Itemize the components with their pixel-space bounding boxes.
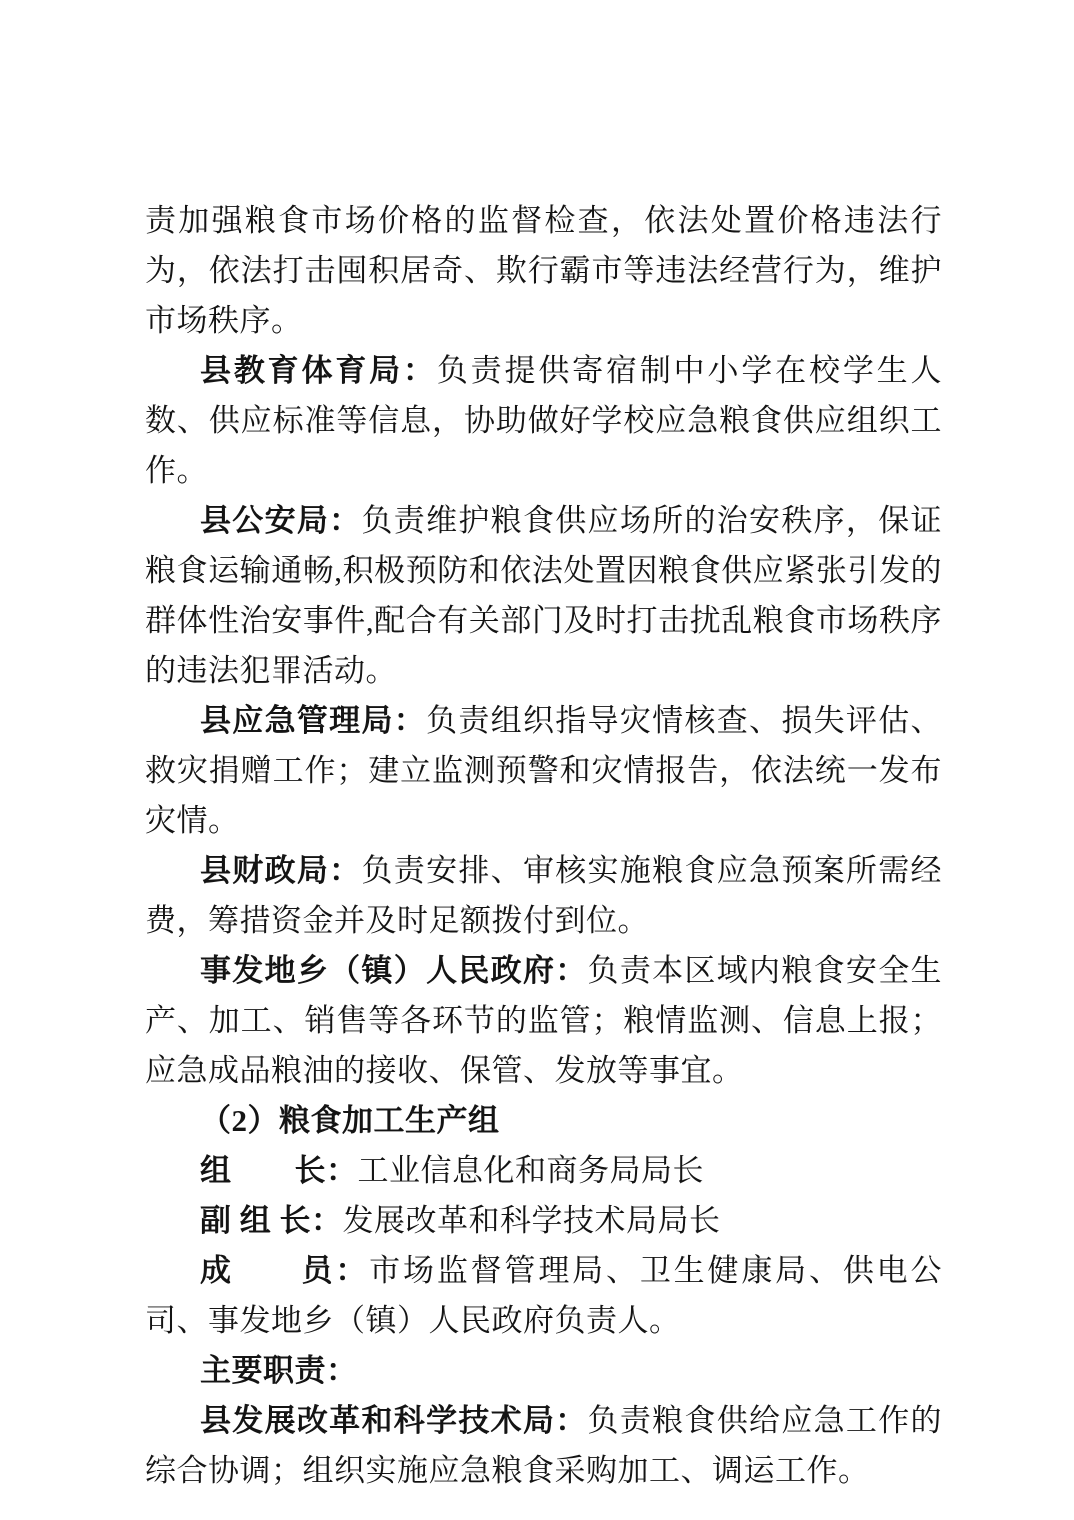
paragraph-lead: 县发展改革和科学技术局：: [200, 1403, 588, 1438]
paragraph-education-sports-bureau-duty: 县教育体育局：负责提供寄宿制中小学在校学生人数、供应标准等信息，协助做好学校应急…: [145, 346, 942, 496]
paragraph-township-government-duty: 事发地乡（镇）人民政府：负责本区域内粮食安全生产、加工、销售等各环节的监管；粮情…: [145, 946, 942, 1096]
paragraph-group-leader-line: 组 长：工业信息化和商务局局长: [145, 1146, 942, 1196]
paragraph-public-security-bureau-duty: 县公安局：负责维护粮食供应场所的治安秩序，保证粮食运输通畅,积极预防和依法处置因…: [145, 496, 942, 696]
paragraph-lead: 副 组 长：: [200, 1203, 343, 1238]
paragraph-lead: 成 员：: [200, 1253, 369, 1288]
paragraph-lead: 县财政局：: [200, 853, 361, 888]
paragraph-emergency-management-bureau-duty: 县应急管理局：负责组织指导灾情核查、损失评估、救灾捐赠工作；建立监测预警和灾情报…: [145, 696, 942, 846]
paragraph-deputy-group-leader-line: 副 组 长：发展改革和科学技术局局长: [145, 1196, 942, 1246]
paragraph-finance-bureau-duty: 县财政局：负责安排、审核实施粮食应急预案所需经费，筹措资金并及时足额拨付到位。: [145, 846, 942, 946]
paragraph-main-duties-heading: 主要职责：: [145, 1346, 942, 1396]
paragraph-members-line: 成 员：市场监督管理局、卫生健康局、供电公司、事发地乡（镇）人民政府负责人。: [145, 1246, 942, 1346]
paragraph-lead: 县应急管理局：: [200, 703, 426, 738]
document-body: 责加强粮食市场价格的监督检查，依法处置价格违法行为，依法打击囤积居奇、欺行霸市等…: [145, 196, 942, 1496]
paragraph-text: 发展改革和科学技术局局长: [343, 1203, 721, 1238]
paragraph-text: 责加强粮食市场价格的监督检查，依法处置价格违法行为，依法打击囤积居奇、欺行霸市等…: [145, 203, 942, 338]
paragraph-text: 工业信息化和商务局局长: [358, 1153, 705, 1188]
paragraph-section-heading-grain-processing-group: （2）粮食加工生产组: [145, 1096, 942, 1146]
paragraph-lead: 组 长：: [200, 1153, 358, 1188]
document-page: 责加强粮食市场价格的监督检查，依法处置价格违法行为，依法打击囤积居奇、欺行霸市等…: [0, 0, 1074, 1520]
paragraph-lead: 事发地乡（镇）人民政府：: [200, 953, 588, 988]
paragraph-lead: 县教育体育局：: [200, 353, 437, 388]
paragraph-lead: （2）粮食加工生产组: [200, 1103, 500, 1138]
paragraph-development-reform-science-bureau-duty: 县发展改革和科学技术局：负责粮食供给应急工作的综合协调；组织实施应急粮食采购加工…: [145, 1396, 942, 1496]
paragraph-lead: 县公安局：: [200, 503, 361, 538]
paragraph-lead: 主要职责：: [200, 1353, 358, 1388]
paragraph-market-price-supervision-continuation: 责加强粮食市场价格的监督检查，依法处置价格违法行为，依法打击囤积居奇、欺行霸市等…: [145, 196, 942, 346]
